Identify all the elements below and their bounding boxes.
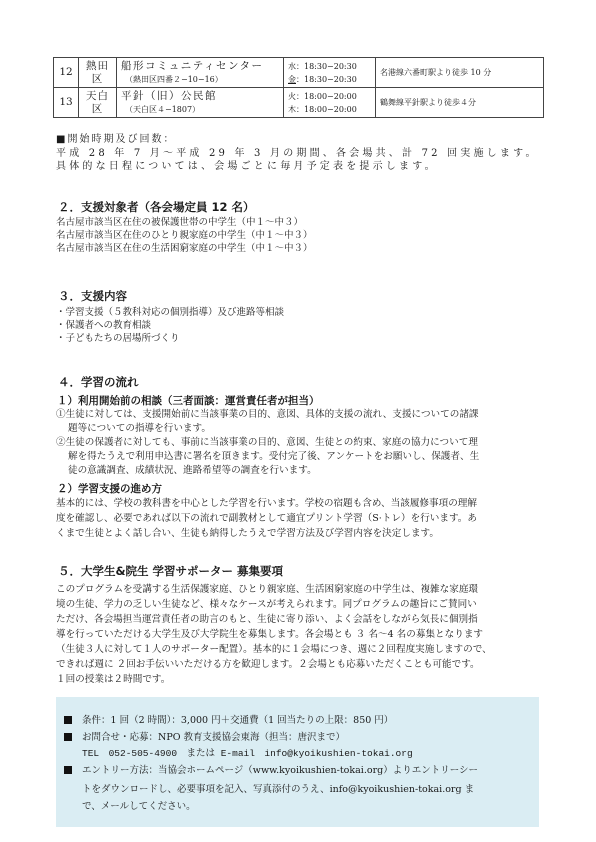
square-bullet-icon (64, 716, 72, 724)
consult-line: ②生徒の保護者に対しても、事前に当該事業の目的、意図、生徒との約束、家庭の協力に… (56, 436, 544, 450)
method-line: 基本的には、学校の教科書を中心とした学習を行います。学校の宿題も含め、当該履修事… (56, 496, 544, 511)
section-5-body: このプログラムを受講する生活保護家庭、ひとり親家庭、生活困窮家庭の中学生は、複雑… (56, 582, 544, 687)
square-bullet-icon (64, 733, 72, 741)
schedule-cell: 水：18:30−20:30 金：18:30−20:30 (284, 58, 376, 88)
venue-address: （熱田区四番２−10−16） (121, 73, 279, 86)
start-period-line: 具体的な日程については、会場ごとに毎月予定表を提示します。 (56, 160, 544, 174)
schedule-day: 火 (288, 92, 296, 101)
schedule-time: ：18:30−20:30 (296, 62, 357, 71)
recruit-line: このプログラムを受講する生活保護家庭、ひとり親家庭、生活困窮家庭の中学生は、複雑… (56, 582, 544, 597)
recruit-line: （生徒３人に対して１人のサポーター配置）。基本的に１会場につき、週に２回程度実施… (56, 642, 544, 657)
section-4-sub1-body: ①生徒に対しては、支援開始前に当該事業の目的、意図、具体的支援の流れ、支援につい… (56, 408, 544, 478)
schedule-time: ：18:30−20:30 (296, 75, 357, 84)
schedule-day: 金 (288, 75, 296, 84)
recruit-line: １回の授業は２時間です。 (56, 672, 544, 687)
venue-cell: 平針（旧）公民館 （天白区４−1807） (117, 88, 284, 118)
info-box: 条件：1 回（2 時間）：3,000 円＋交通費（1 回当たりの上限：850 円… (56, 697, 539, 827)
recruit-line: 導を行っていただける大学生及び大学院生を募集します。各会場とも ３ 名〜4 名の… (56, 627, 544, 642)
venue-ward: 熱田区 (79, 58, 117, 88)
access-info: 鶴舞線平針駅より徒歩４分 (376, 88, 544, 118)
venue-number: 12 (54, 58, 79, 88)
section-5-heading: ５．大学生&院生 学習サポーター 募集要項 (58, 563, 283, 579)
consult-line: 解を得たうえで利用申込書に署名を頂きます。受付完了後、アンケートをお願いし、保護… (56, 450, 544, 464)
section-3-list: ・学習支援（５教科対応の個別指導）及び進路等相談 ・保護者への教育相談 ・子ども… (56, 306, 544, 345)
schedule-day: 水 (288, 62, 296, 71)
support-item: ・保護者への教育相談 (56, 319, 544, 332)
target-line: 名古屋市該当区在住の被保護世帯の中学生（中１〜中３） (56, 216, 544, 229)
entry-text-cont: で、メールしてください。 (82, 798, 196, 812)
table-row: 13 天白区 平針（旧）公民館 （天白区４−1807） 火：18:00−20:0… (54, 88, 544, 118)
schedule-line: 金：18:30−20:30 (288, 73, 371, 86)
venue-name: 平針（旧）公民館 (121, 90, 279, 103)
recruit-line: ただけ、各会場担当運営責任者の助言のもと、生徒に寄り添い、よく会話をしながら気長… (56, 612, 544, 627)
consult-line: 徒の意識調査、成績状況、進路希望等の調査を行います。 (56, 464, 544, 478)
target-line: 名古屋市該当区在住のひとり親家庭の中学生（中１〜中３） (56, 229, 544, 242)
venue-number: 13 (54, 88, 79, 118)
conditions-item: 条件：1 回（2 時間）：3,000 円＋交通費（1 回当たりの上限：850 円… (64, 714, 393, 727)
section-4-sub2-heading: ２）学習支援の進め方 (57, 481, 162, 496)
support-item: ・子どもたちの居場所づくり (56, 332, 544, 345)
contact-text: お問合せ・応募：NPO 教育支援協会東海（担当：唐沢まで） (82, 731, 345, 744)
start-period-line: 平成 28 年 7 月〜平成 29 年 3 月の期間、各会場共、計 72 回実施… (56, 147, 544, 161)
start-period-block: ■開始時期及び回数： 平成 28 年 7 月〜平成 29 年 3 月の期間、各会… (56, 133, 544, 174)
method-line: 度を確認し、必要であれば以下の流れで副教材として適宜プリント学習（S·トレ）を行… (56, 511, 544, 526)
contact-item: お問合せ・応募：NPO 教育支援協会東海（担当：唐沢まで） (64, 731, 345, 744)
venue-name: 船形コミュニティセンター (121, 60, 279, 73)
method-line: くまで生徒とよく話し合い、生徒も納得したうえで学習方法及び学習内容を決定します。 (56, 526, 544, 541)
section-4-sub2-body: 基本的には、学校の教科書を中心とした学習を行います。学校の宿題も含め、当該履修事… (56, 496, 544, 541)
recruit-line: できれば週に ２回お手伝いいただける方を歓迎します。２会場とも応募いただくことも… (56, 657, 544, 672)
section-2-heading: ２．支援対象者（各会場定員 12 名） (58, 199, 255, 215)
start-period-label: ■開始時期及び回数： (56, 133, 544, 147)
entry-item: エントリー方法：当協会ホームページ（www.kyoikushien-tokai.… (64, 764, 478, 777)
square-bullet-icon (64, 766, 72, 774)
target-line: 名古屋市該当区在住の生活困窮家庭の中学生（中１〜中３） (56, 242, 544, 255)
contact-detail: TEL 052-505-4900 または E-mail info@kyoikus… (82, 747, 413, 760)
consult-line: ①生徒に対しては、支援開始前に当該事業の目的、意図、具体的支援の流れ、支援につい… (56, 408, 544, 422)
schedule-line: 火：18:00−20:00 (288, 90, 371, 103)
venue-cell: 船形コミュニティセンター （熱田区四番２−10−16） (117, 58, 284, 88)
section-4-sub1-heading: １）利用開始前の相談（三者面談：運営責任者が担当） (57, 393, 320, 408)
venue-ward: 天白区 (79, 88, 117, 118)
schedule-time: ：18:00−20:00 (296, 92, 357, 101)
section-2-body: 名古屋市該当区在住の被保護世帯の中学生（中１〜中３） 名古屋市該当区在住のひとり… (56, 216, 544, 255)
schedule-line: 水：18:30−20:30 (288, 60, 371, 73)
entry-text: エントリー方法：当協会ホームページ（www.kyoikushien-tokai.… (82, 764, 478, 777)
schedule-cell: 火：18:00−20:00 木：18:00−20:00 (284, 88, 376, 118)
entry-text-cont: トをダウンロードし、必要事項を記入、写真添付のうえ、info@kyoikushi… (82, 781, 474, 795)
access-info: 名港線六番町駅より徒歩 10 分 (376, 58, 544, 88)
section-3-heading: ３．支援内容 (58, 288, 127, 304)
recruit-line: 境の生徒、学力の乏しい生徒など、様々なケースが考えられます。同プログラムの趣旨に… (56, 597, 544, 612)
section-4-heading: ４．学習の流れ (58, 374, 139, 390)
table-row: 12 熱田区 船形コミュニティセンター （熱田区四番２−10−16） 水：18:… (54, 58, 544, 88)
venue-table: 12 熱田区 船形コミュニティセンター （熱田区四番２−10−16） 水：18:… (53, 57, 544, 118)
schedule-day: 木 (288, 105, 296, 114)
conditions-text: 条件：1 回（2 時間）：3,000 円＋交通費（1 回当たりの上限：850 円… (82, 714, 393, 727)
support-item: ・学習支援（５教科対応の個別指導）及び進路等相談 (56, 306, 544, 319)
schedule-line: 木：18:00−20:00 (288, 103, 371, 116)
venue-address: （天白区４−1807） (121, 103, 279, 116)
schedule-time: ：18:00−20:00 (296, 105, 357, 114)
consult-line: 題等についての指導を行います。 (56, 422, 544, 436)
